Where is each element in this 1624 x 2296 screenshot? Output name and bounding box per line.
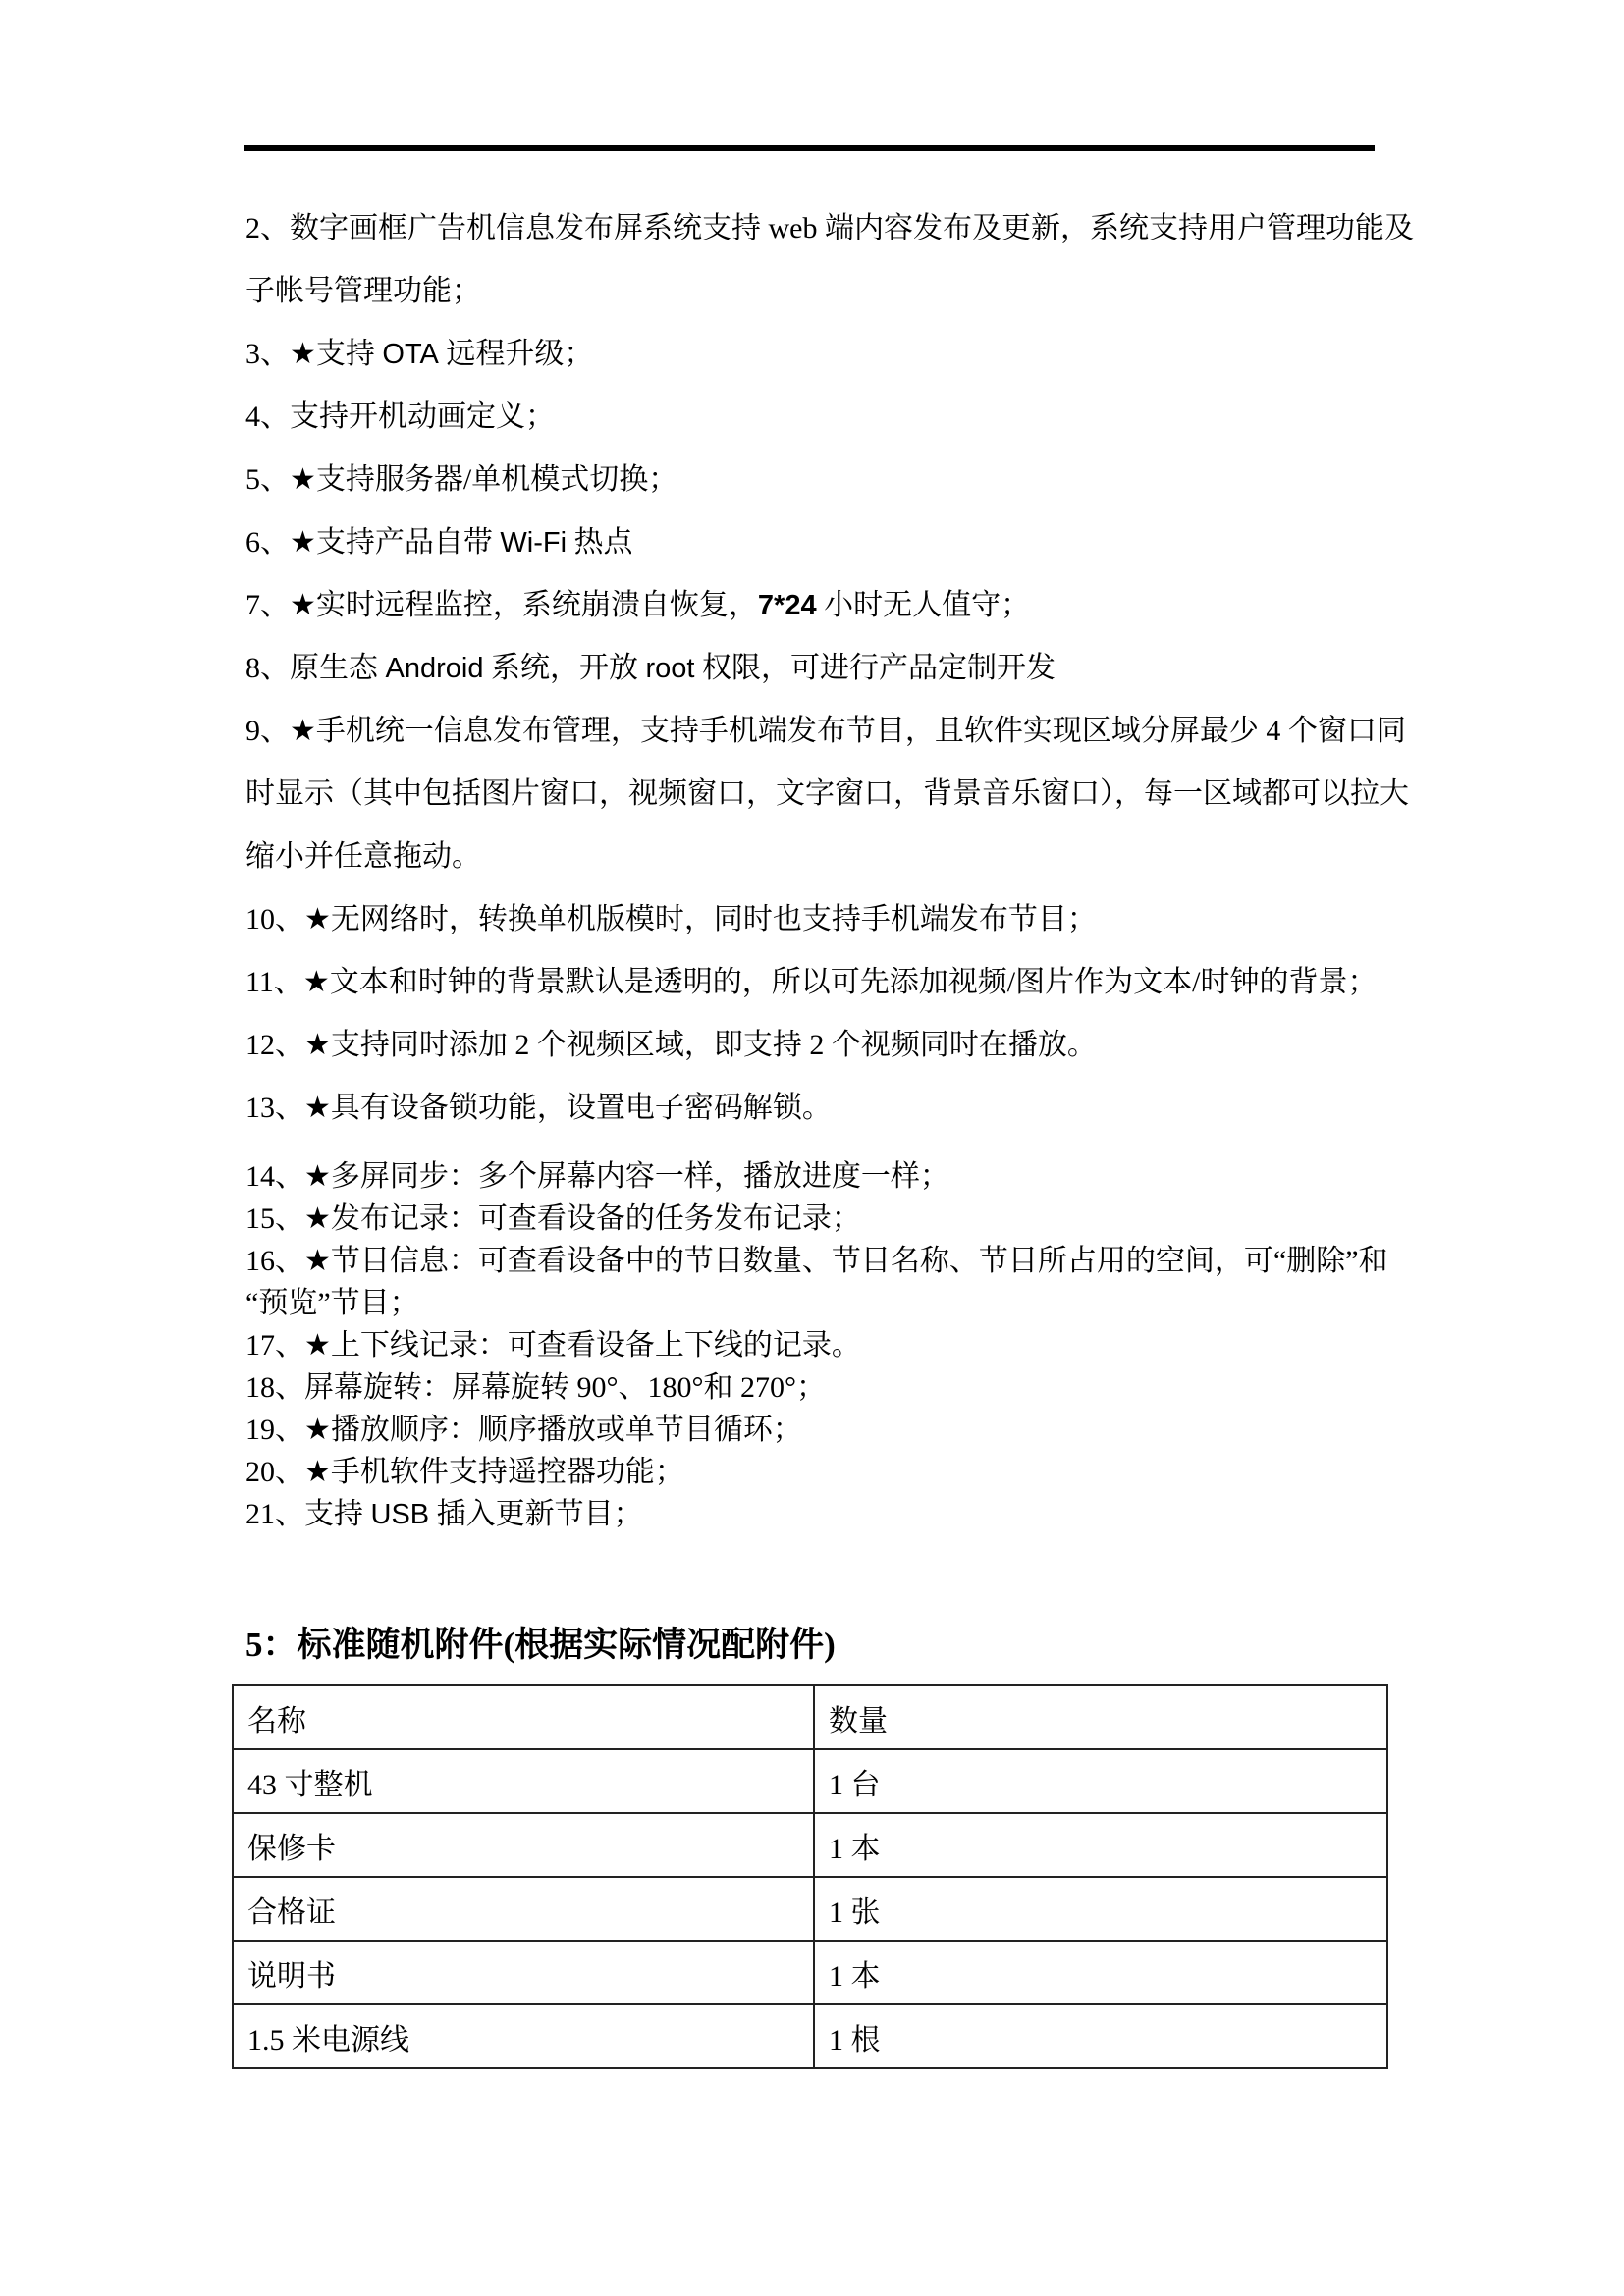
spec-item-10: 10、★无网络时，转换单机版模时，同时也支持手机端发布节目；	[245, 888, 1394, 951]
spec-item-line: 19、★播放顺序：顺序播放或单节目循环；	[245, 1409, 1394, 1451]
text-segment: 4、支持开机动画定义；	[245, 400, 555, 433]
text-segment: 系统，开放	[483, 652, 645, 684]
spec-item-line: 4、支持开机动画定义；	[245, 386, 1394, 449]
spec-item-line: 时显示（其中包括图片窗口，视频窗口，文字窗口，背景音乐窗口），每一区域都可以拉大	[245, 763, 1394, 826]
spec-item-line: 缩小并任意拖动。	[245, 826, 1394, 888]
text-segment: 16、★节目信息：可查看设备中的节目数量、节目名称、节目所占用的空间，可“删除”…	[245, 1245, 1388, 1277]
text-segment: 15、★发布记录：可查看设备的任务发布记录；	[245, 1202, 861, 1235]
spec-item-line: 6、★支持产品自带 Wi-Fi 热点	[245, 511, 1394, 574]
spec-item-line: 18、屏幕旋转：屏幕旋转 90°、180°和 270°；	[245, 1366, 1394, 1409]
text-segment: USB	[371, 1499, 430, 1530]
text-segment: 17、★上下线记录：可查看设备上下线的记录。	[245, 1329, 861, 1362]
spec-item-line: 14、★多屏同步：多个屏幕内容一样，播放进度一样；	[245, 1155, 1394, 1198]
table-row: 合格证1 张	[233, 1877, 1387, 1941]
table-row: 43 寸整机1 台	[233, 1749, 1387, 1813]
text-segment: 9、★手机统一信息发布管理，支持手机端发布节目，且软件实现区域分屏最少 4 个窗…	[245, 715, 1406, 747]
spec-item-line: 17、★上下线记录：可查看设备上下线的记录。	[245, 1324, 1394, 1366]
spec-item-line: 16、★节目信息：可查看设备中的节目数量、节目名称、节目所占用的空间，可“删除”…	[245, 1240, 1394, 1282]
text-segment: 7*24	[758, 590, 817, 621]
spec-item-line: 5、★支持服务器/单机模式切换；	[245, 449, 1394, 511]
spec-item-4: 4、支持开机动画定义；	[245, 386, 1394, 449]
spec-item-line: 9、★手机统一信息发布管理，支持手机端发布节目，且软件实现区域分屏最少 4 个窗…	[245, 700, 1394, 763]
cell-quantity: 1 本	[814, 1941, 1387, 2004]
text-segment: 10、★无网络时，转换单机版模时，同时也支持手机端发布节目；	[245, 903, 1097, 935]
spec-item-line: 3、★支持 OTA 远程升级；	[245, 323, 1394, 386]
text-segment: 19、★播放顺序：顺序播放或单节目循环；	[245, 1414, 802, 1446]
spec-item-line: 7、★实时远程监控，系统崩溃自恢复，7*24 小时无人值守；	[245, 574, 1394, 637]
column-header-name: 名称	[233, 1685, 814, 1749]
spec-item-line: 8、原生态 Android 系统，开放 root 权限，可进行产品定制开发	[245, 637, 1394, 700]
table-row: 1.5 米电源线1 根	[233, 2004, 1387, 2068]
spec-item-line: 21、支持 USB 插入更新节目；	[245, 1493, 1394, 1536]
spec-item-11: 11、★文本和时钟的背景默认是透明的，所以可先添加视频/图片作为文本/时钟的背景…	[245, 951, 1394, 1014]
text-segment: 子帐号管理功能；	[245, 275, 481, 307]
text-segment: OTA	[382, 339, 438, 370]
spec-item-18: 18、屏幕旋转：屏幕旋转 90°、180°和 270°；	[245, 1366, 1394, 1409]
spec-item-13: 13、★具有设备锁功能，设置电子密码解锁。	[245, 1077, 1394, 1140]
spec-item-line: 2、数字画框广告机信息发布屏系统支持 web 端内容发布及更新，系统支持用户管理…	[245, 197, 1394, 260]
header-rule	[244, 145, 1375, 151]
cell-quantity: 1 根	[814, 2004, 1387, 2068]
section-heading-number: 5：	[245, 1626, 298, 1664]
text-segment: root	[645, 653, 694, 684]
text-segment: 热点	[567, 526, 633, 559]
text-segment: 权限，可进行产品定制开发	[694, 652, 1056, 684]
text-segment: 21、支持	[245, 1498, 371, 1530]
spec-item-2: 2、数字画框广告机信息发布屏系统支持 web 端内容发布及更新，系统支持用户管理…	[245, 197, 1394, 323]
section-heading-note: (根据实际情况配附件)	[504, 1626, 836, 1664]
spec-list: 2、数字画框广告机信息发布屏系统支持 web 端内容发布及更新，系统支持用户管理…	[245, 197, 1394, 1536]
spec-item-6: 6、★支持产品自带 Wi-Fi 热点	[245, 511, 1394, 574]
spec-item-line: “预览”节目；	[245, 1282, 1394, 1324]
text-segment: 6、★支持产品自带	[245, 526, 500, 559]
spec-item-line: 11、★文本和时钟的背景默认是透明的，所以可先添加视频/图片作为文本/时钟的背景…	[245, 951, 1394, 1014]
spec-item-20: 20、★手机软件支持遥控器功能；	[245, 1451, 1394, 1493]
spec-item-line: 20、★手机软件支持遥控器功能；	[245, 1451, 1394, 1493]
cell-name: 1.5 米电源线	[233, 2004, 814, 2068]
spec-item-19: 19、★播放顺序：顺序播放或单节目循环；	[245, 1409, 1394, 1451]
cell-name: 43 寸整机	[233, 1749, 814, 1813]
cell-quantity: 1 张	[814, 1877, 1387, 1941]
text-segment: 20、★手机软件支持遥控器功能；	[245, 1456, 684, 1488]
text-segment: 11、★文本和时钟的背景默认是透明的，所以可先添加视频/图片作为文本/时钟的背景…	[245, 966, 1377, 998]
text-segment: 8、原生态	[245, 652, 386, 684]
text-segment: 2、数字画框广告机信息发布屏系统支持 web 端内容发布及更新，系统支持用户管理…	[245, 212, 1414, 244]
table-row: 名称数量	[233, 1685, 1387, 1749]
table-row: 保修卡1 本	[233, 1813, 1387, 1877]
cell-name: 合格证	[233, 1877, 814, 1941]
text-segment: 12、★支持同时添加 2 个视频区域，即支持 2 个视频同时在播放。	[245, 1029, 1097, 1061]
text-segment: 远程升级；	[439, 338, 594, 370]
spec-item-21: 21、支持 USB 插入更新节目；	[245, 1493, 1394, 1536]
content-area: 2、数字画框广告机信息发布屏系统支持 web 端内容发布及更新，系统支持用户管理…	[245, 197, 1394, 2069]
column-header-quantity: 数量	[814, 1685, 1387, 1749]
spec-item-16: 16、★节目信息：可查看设备中的节目数量、节目名称、节目所占用的空间，可“删除”…	[245, 1240, 1394, 1324]
spec-item-9: 9、★手机统一信息发布管理，支持手机端发布节目，且软件实现区域分屏最少 4 个窗…	[245, 700, 1394, 888]
spec-item-line: 子帐号管理功能；	[245, 260, 1394, 323]
accessories-table-body: 名称数量43 寸整机1 台保修卡1 本合格证1 张说明书1 本1.5 米电源线1…	[233, 1685, 1387, 2068]
spec-item-line: 13、★具有设备锁功能，设置电子密码解锁。	[245, 1077, 1394, 1140]
section-heading-title: 标准随机附件	[298, 1626, 504, 1664]
text-segment: 缩小并任意拖动。	[245, 840, 481, 873]
spec-item-5: 5、★支持服务器/单机模式切换；	[245, 449, 1394, 511]
spec-item-3: 3、★支持 OTA 远程升级；	[245, 323, 1394, 386]
cell-quantity: 1 台	[814, 1749, 1387, 1813]
section-heading: 5：标准随机附件(根据实际情况配附件)	[245, 1622, 1394, 1669]
spec-item-17: 17、★上下线记录：可查看设备上下线的记录。	[245, 1324, 1394, 1366]
spec-item-line: 12、★支持同时添加 2 个视频区域，即支持 2 个视频同时在播放。	[245, 1014, 1394, 1077]
text-segment: 时显示（其中包括图片窗口，视频窗口，文字窗口，背景音乐窗口），每一区域都可以拉大	[245, 777, 1409, 810]
spec-item-14: 14、★多屏同步：多个屏幕内容一样，播放进度一样；	[245, 1155, 1394, 1198]
text-segment: 13、★具有设备锁功能，设置电子密码解锁。	[245, 1092, 832, 1124]
cell-quantity: 1 本	[814, 1813, 1387, 1877]
text-segment: 插入更新节目；	[429, 1498, 643, 1530]
text-segment: 18、屏幕旋转：屏幕旋转 90°、180°和 270°；	[245, 1371, 826, 1404]
text-segment: Wi-Fi	[500, 527, 567, 559]
table-row: 说明书1 本	[233, 1941, 1387, 2004]
spec-item-line: 15、★发布记录：可查看设备的任务发布记录；	[245, 1198, 1394, 1240]
text-segment: 7、★实时远程监控，系统崩溃自恢复，	[245, 589, 758, 621]
document-page: 2、数字画框广告机信息发布屏系统支持 web 端内容发布及更新，系统支持用户管理…	[0, 0, 1624, 2296]
cell-name: 保修卡	[233, 1813, 814, 1877]
text-segment: 5、★支持服务器/单机模式切换；	[245, 463, 677, 496]
spec-item-15: 15、★发布记录：可查看设备的任务发布记录；	[245, 1198, 1394, 1240]
text-segment: “预览”节目；	[245, 1287, 419, 1319]
text-segment: 14、★多屏同步：多个屏幕内容一样，播放进度一样；	[245, 1160, 949, 1193]
text-segment: 3、★支持	[245, 338, 382, 370]
spec-item-12: 12、★支持同时添加 2 个视频区域，即支持 2 个视频同时在播放。	[245, 1014, 1394, 1077]
spec-item-8: 8、原生态 Android 系统，开放 root 权限，可进行产品定制开发	[245, 637, 1394, 700]
text-segment: 小时无人值守；	[817, 589, 1031, 621]
spec-item-line: 10、★无网络时，转换单机版模时，同时也支持手机端发布节目；	[245, 888, 1394, 951]
spec-item-7: 7、★实时远程监控，系统崩溃自恢复，7*24 小时无人值守；	[245, 574, 1394, 637]
cell-name: 说明书	[233, 1941, 814, 2004]
accessories-table: 名称数量43 寸整机1 台保修卡1 本合格证1 张说明书1 本1.5 米电源线1…	[232, 1684, 1388, 2069]
text-segment: Android	[386, 653, 484, 684]
